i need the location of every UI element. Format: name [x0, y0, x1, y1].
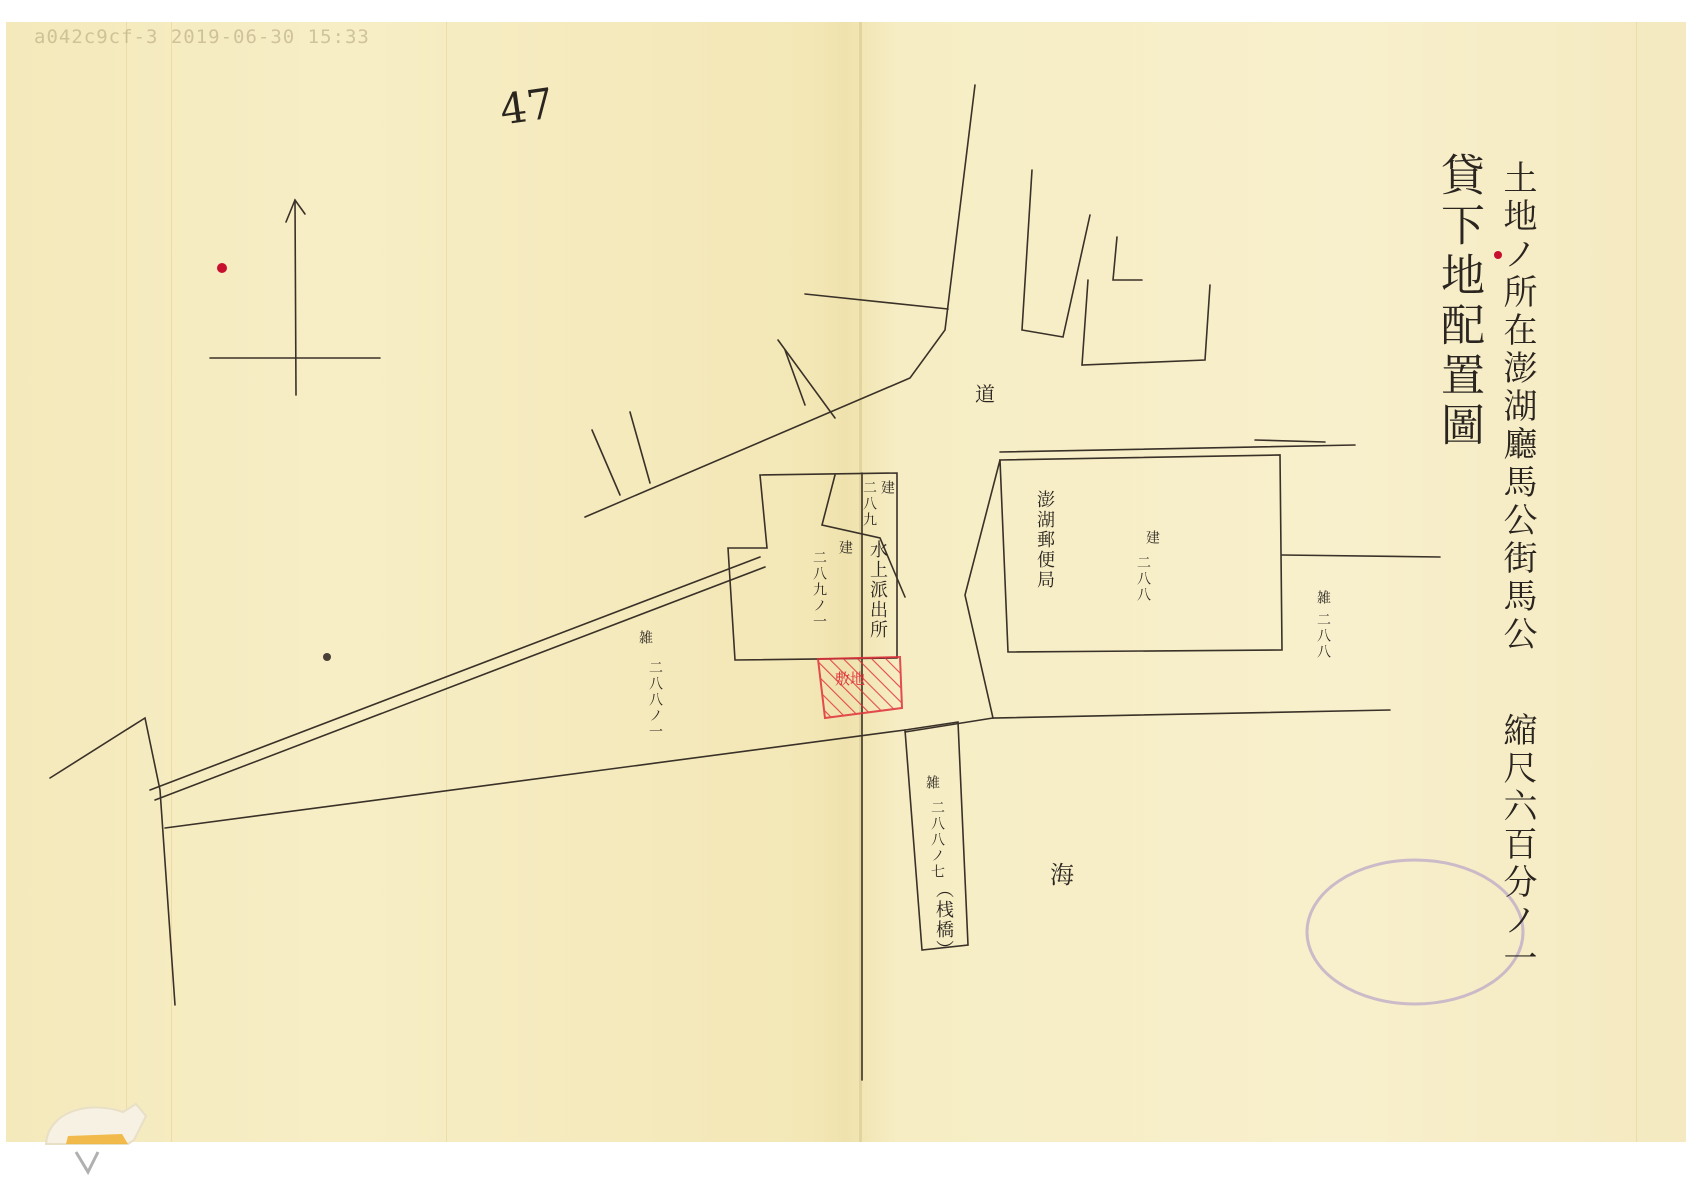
parcel-number: 二八九ノ一 — [812, 550, 826, 630]
ink-spot — [323, 653, 331, 661]
parcel-category: 雑 — [1316, 590, 1330, 606]
parcel-category: 建 — [1145, 530, 1159, 546]
document-title: 貸下地配置圖 — [1436, 152, 1480, 452]
scale-text: 縮尺六百分ノ一 — [1500, 712, 1534, 978]
parcel-category: 建 — [880, 480, 894, 496]
parcel-number: 二八九 — [862, 480, 876, 528]
parcel-category: 雑 — [638, 630, 652, 646]
police-box-label: 水上派出所 — [868, 540, 886, 640]
red-mark — [217, 263, 227, 273]
archive-logo-icon — [18, 1082, 158, 1182]
parcel-number: 二八八 — [1136, 555, 1150, 603]
parcel-number: 二八八ノ一 — [648, 660, 662, 740]
official-seal — [1307, 860, 1523, 1004]
location-text: 土地ノ所在澎湖廳馬公街馬公 — [1500, 160, 1534, 654]
parcel-number: 二八八 — [1316, 612, 1330, 660]
road-label: 道 — [975, 378, 995, 407]
post-office-label: 澎湖郵便局 — [1035, 490, 1053, 590]
parcel-category: 雑 — [925, 775, 939, 791]
page-number: 47 — [497, 79, 557, 135]
parcel-category: 建 — [838, 540, 852, 556]
site-label: 敷地 — [835, 668, 865, 689]
pier-note: （桟橋） — [934, 880, 952, 960]
map-linework — [50, 85, 1440, 1080]
north-arrow-icon — [210, 200, 380, 395]
parcel-number: 二八八ノ七 — [930, 800, 944, 880]
sea-label: 海 — [1050, 855, 1074, 890]
